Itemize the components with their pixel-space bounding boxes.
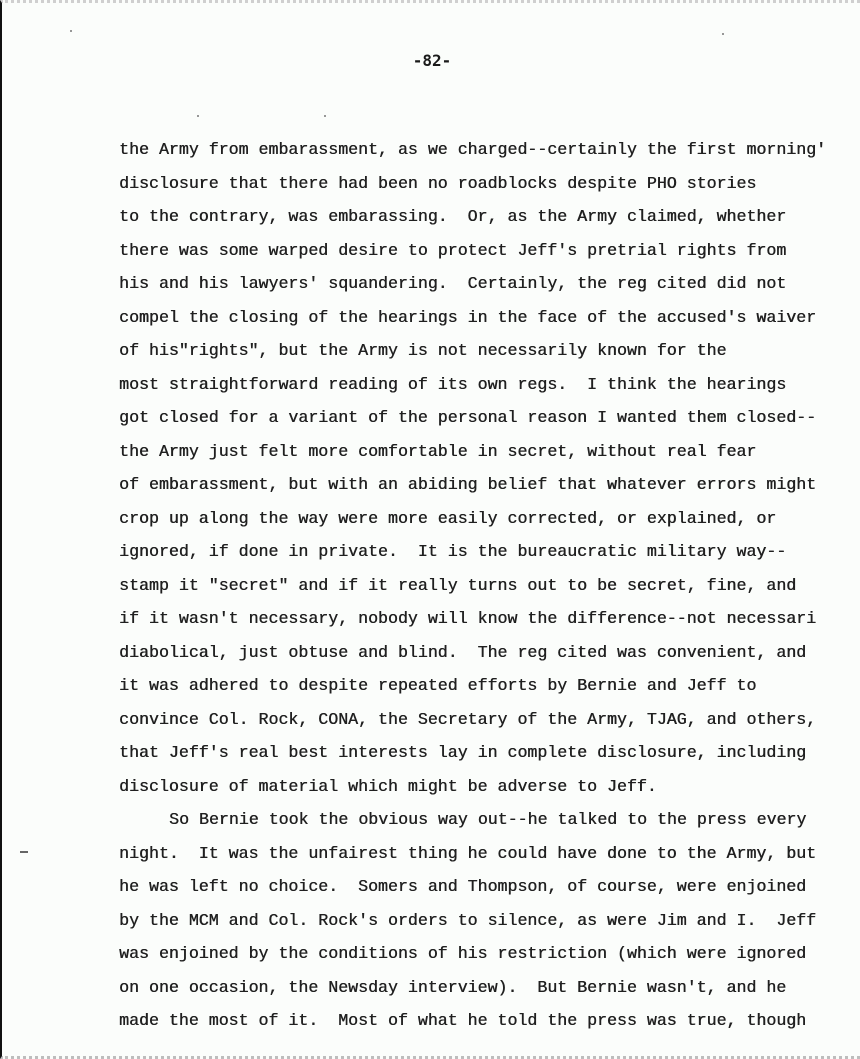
- document-page: -82- the Army from embarassment, as we c…: [0, 0, 860, 1059]
- text-line: was enjoined by the conditions of his re…: [119, 937, 859, 971]
- text-line: most straightforward reading of its own …: [119, 368, 859, 402]
- paragraph-2: So Bernie took the obvious way out--he t…: [119, 803, 859, 1038]
- page-number: -82-: [2, 51, 860, 70]
- paragraph-1: the Army from embarassment, as we charge…: [119, 133, 859, 803]
- text-line: by the MCM and Col. Rock's orders to sil…: [119, 904, 859, 938]
- text-line: there was some warped desire to protect …: [119, 234, 859, 268]
- scan-speck: [70, 30, 72, 32]
- scan-speck: [722, 33, 724, 35]
- scan-speck: [197, 115, 199, 117]
- text-line: he was left no choice. Somers and Thomps…: [119, 870, 859, 904]
- text-line: that Jeff's real best interests lay in c…: [119, 736, 859, 770]
- text-line: night. It was the unfairest thing he cou…: [119, 837, 859, 871]
- text-line: disclosure that there had been no roadbl…: [119, 167, 859, 201]
- text-line: got closed for a variant of the personal…: [119, 401, 859, 435]
- text-line: his and his lawyers' squandering. Certai…: [119, 267, 859, 301]
- text-line: So Bernie took the obvious way out--he t…: [119, 803, 859, 837]
- text-line: crop up along the way were more easily c…: [119, 502, 859, 536]
- document-body: the Army from embarassment, as we charge…: [119, 133, 859, 1038]
- text-line: it was adhered to despite repeated effor…: [119, 669, 859, 703]
- text-line: on one occasion, the Newsday interview).…: [119, 971, 859, 1005]
- text-line: of his"rights", but the Army is not nece…: [119, 334, 859, 368]
- scan-speck: [324, 115, 326, 117]
- text-line: made the most of it. Most of what he tol…: [119, 1004, 859, 1038]
- text-line: the Army just felt more comfortable in s…: [119, 435, 859, 469]
- text-line: ignored, if done in private. It is the b…: [119, 535, 859, 569]
- text-line: of embarassment, but with an abiding bel…: [119, 468, 859, 502]
- text-line: convince Col. Rock, CONA, the Secretary …: [119, 703, 859, 737]
- margin-mark: [20, 851, 28, 853]
- text-line: stamp it "secret" and if it really turns…: [119, 569, 859, 603]
- text-line: compel the closing of the hearings in th…: [119, 301, 859, 335]
- text-line: if it wasn't necessary, nobody will know…: [119, 602, 859, 636]
- text-line: the Army from embarassment, as we charge…: [119, 133, 859, 167]
- text-line: diabolical, just obtuse and blind. The r…: [119, 636, 859, 670]
- text-line: disclosure of material which might be ad…: [119, 770, 859, 804]
- text-line: to the contrary, was embarassing. Or, as…: [119, 200, 859, 234]
